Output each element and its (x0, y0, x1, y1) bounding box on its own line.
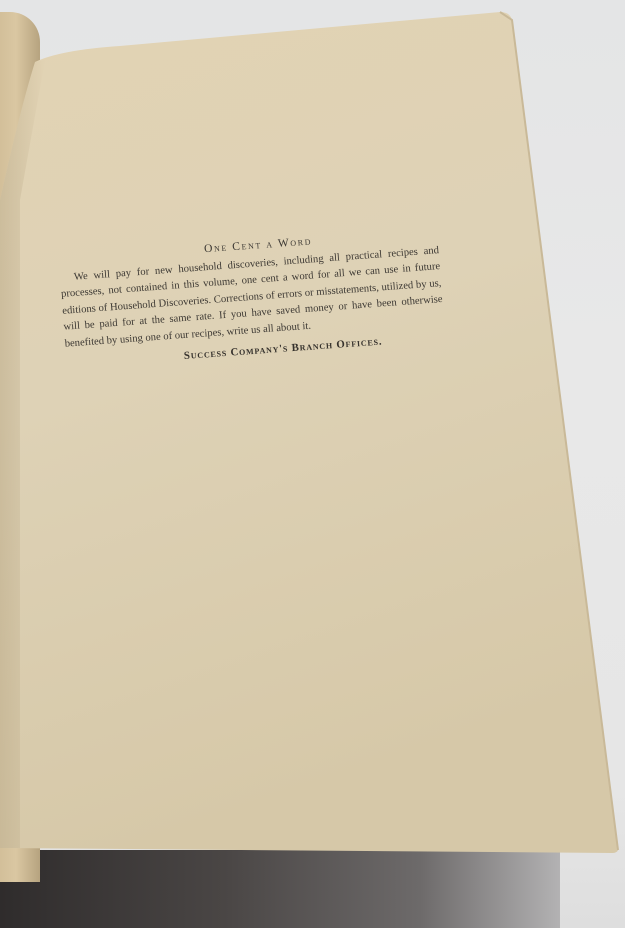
book-photo: One Cent a Word We will pay for new hous… (0, 0, 625, 928)
page-surface (0, 0, 625, 928)
book-page: One Cent a Word We will pay for new hous… (0, 0, 625, 928)
